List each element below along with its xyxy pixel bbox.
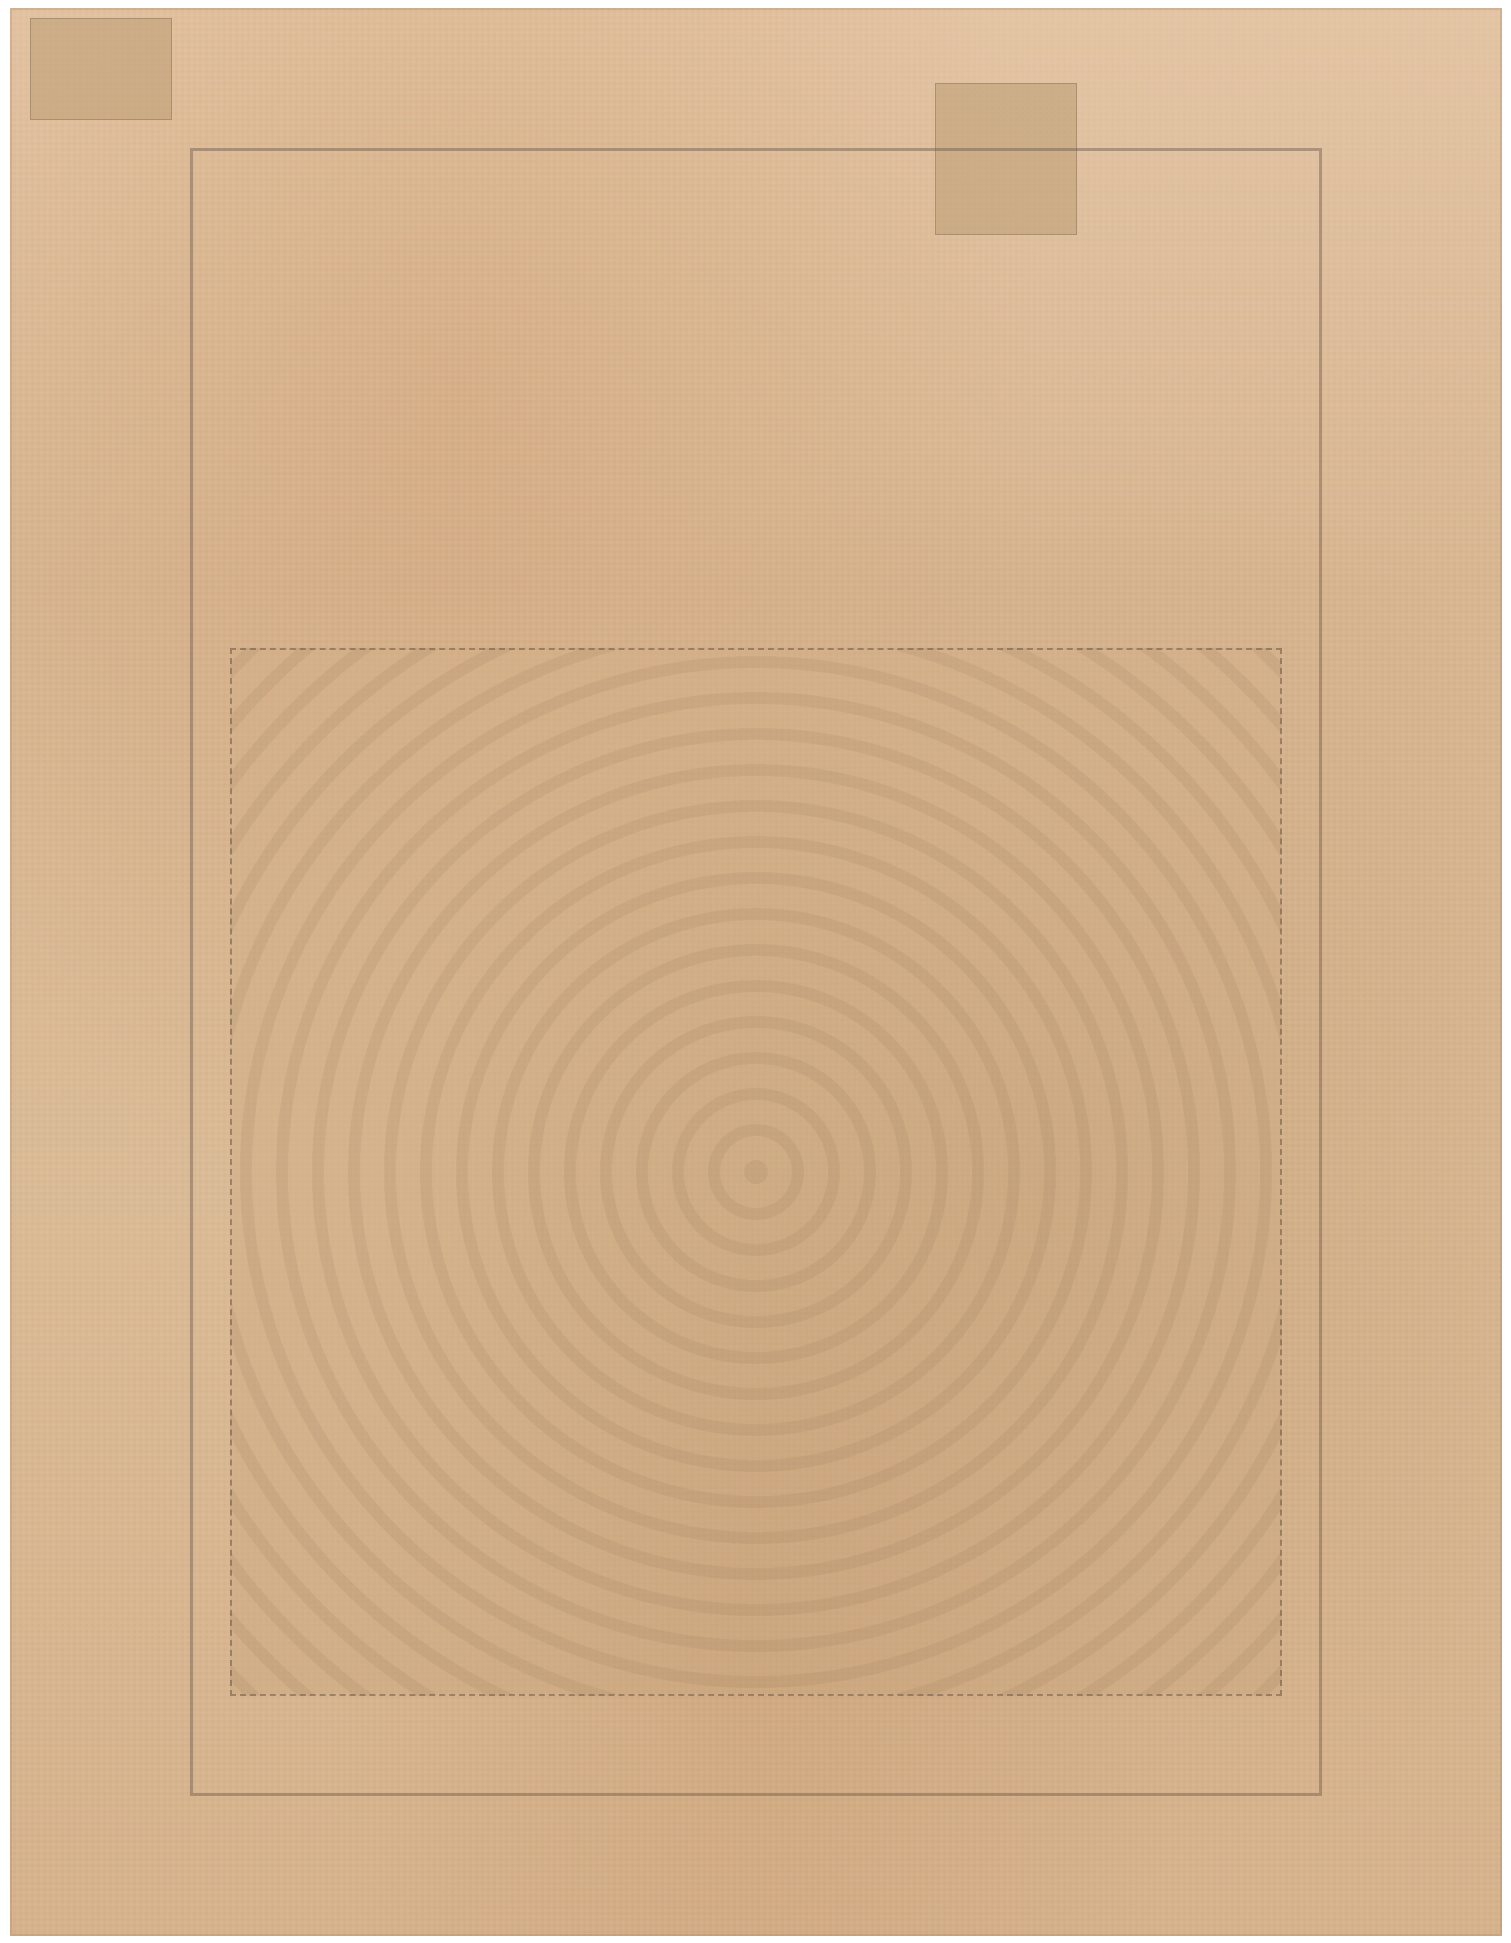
rug-central-field <box>230 648 1282 1696</box>
rug-image <box>10 8 1502 1936</box>
rug-corner-patch <box>30 18 172 120</box>
